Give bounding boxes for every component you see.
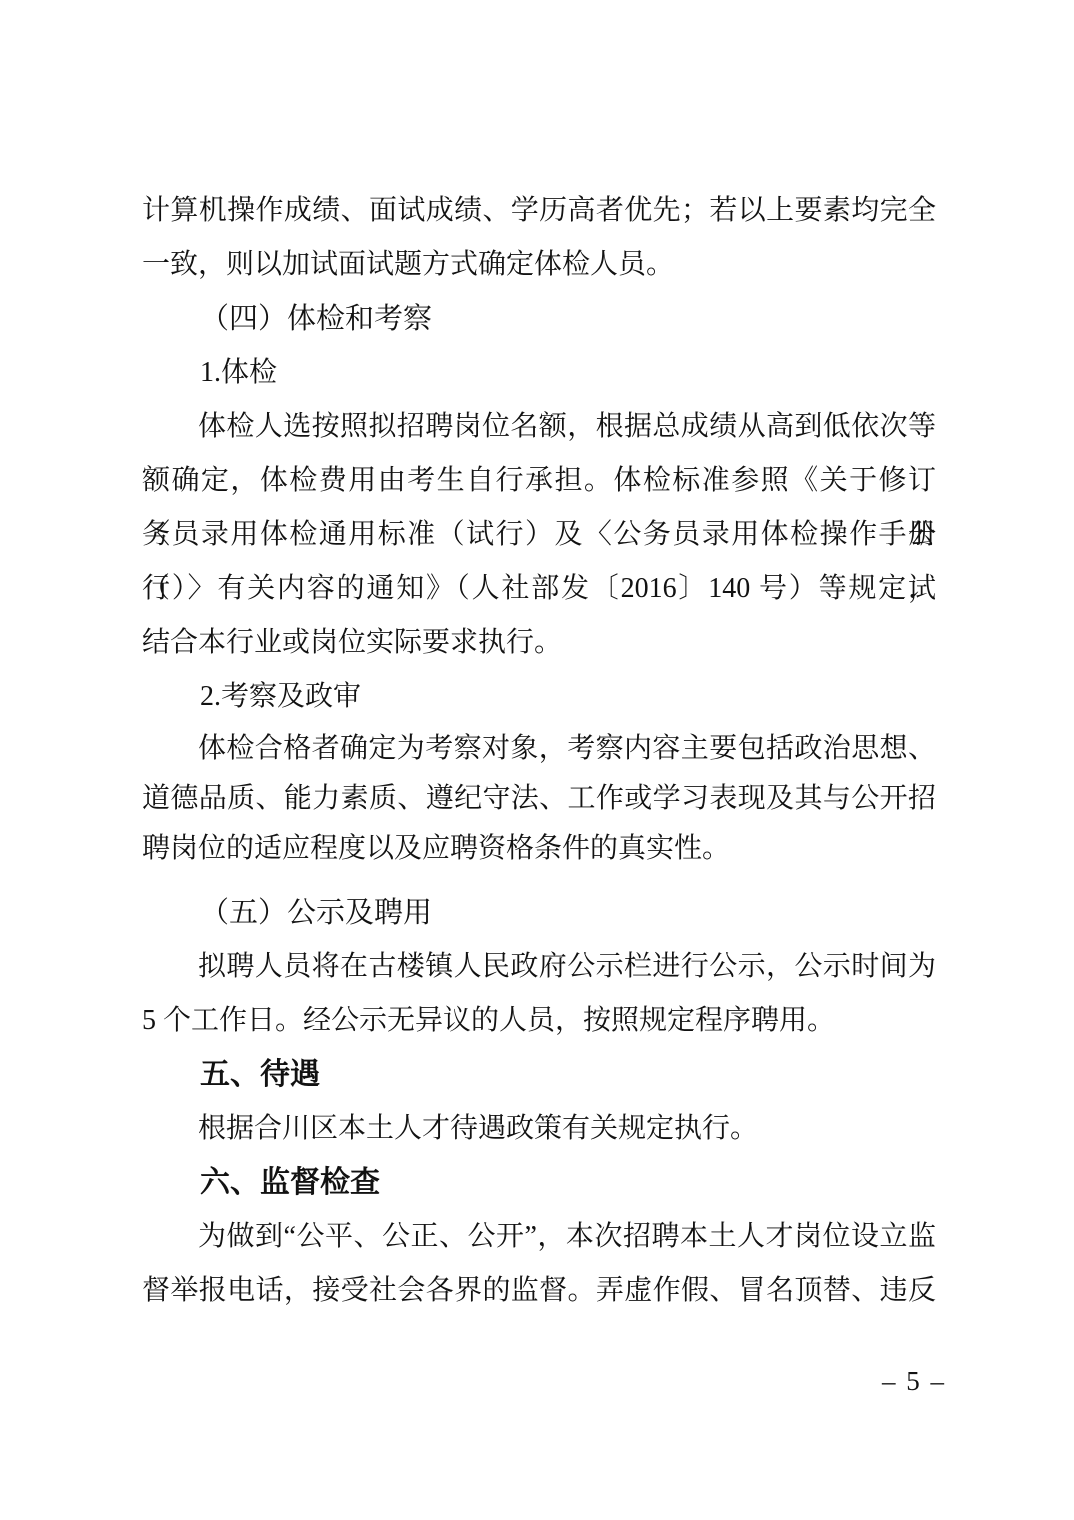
text-line: 根据合川区本土人才待遇政策有关规定执行。 [142, 1102, 936, 1156]
paragraph-treatment-details: 根据合川区本土人才待遇政策有关规定执行。 [142, 1102, 936, 1156]
text-line: 六、监督检查 [142, 1156, 936, 1210]
heading-section-4-physical-exam-and-inspection: （四）体检和考察 [142, 292, 936, 346]
text-line: 5 个工作日。经公示无异议的人员，按照规定程序聘用。 [142, 994, 936, 1048]
text-line: （五）公示及聘用 [142, 886, 936, 940]
text-line: 结合本行业或岗位实际要求执行。 [142, 616, 936, 670]
text-line: 务员录用体检通用标准（试行）及〈公务员录用体检操作手册（试 [142, 508, 936, 562]
heading-section-5-publicity-and-employment: （五）公示及聘用 [142, 886, 936, 940]
paragraph-physical-exam-details: 体检人选按照拟招聘岗位名额，根据总成绩从高到低依次等额确定，体检费用由考生自行承… [142, 400, 936, 670]
text-line: 拟聘人员将在古楼镇人民政府公示栏进行公示，公示时间为 [142, 940, 936, 994]
text-line: 2.考察及政审 [142, 670, 936, 724]
text-line: 计算机操作成绩、面试成绩、学历高者优先；若以上要素均完全 [142, 184, 936, 238]
text-line: 体检合格者确定为考察对象，考察内容主要包括政治思想、 [142, 724, 936, 774]
text-line: 道德品质、能力素质、遵纪守法、工作或学习表现及其与公开招 [142, 774, 936, 824]
heading-section-six-supervision: 六、监督检查 [142, 1156, 936, 1210]
text-line: 聘岗位的适应程度以及应聘资格条件的真实性。 [142, 824, 936, 874]
paragraph-tiebreak-rules: 计算机操作成绩、面试成绩、学历高者优先；若以上要素均完全一致，则以加试面试题方式… [142, 184, 936, 292]
subheading-1-physical-exam: 1.体检 [142, 346, 936, 400]
paragraph-inspection-details: 体检合格者确定为考察对象，考察内容主要包括政治思想、道德品质、能力素质、遵纪守法… [142, 724, 936, 874]
document-page: 计算机操作成绩、面试成绩、学历高者优先；若以上要素均完全一致，则以加试面试题方式… [0, 0, 1074, 1520]
text-line: 五、待遇 [142, 1048, 936, 1102]
text-line: 为做到“公平、公正、公开”，本次招聘本土人才岗位设立监 [142, 1210, 936, 1264]
paragraph-publicity-details: 拟聘人员将在古楼镇人民政府公示栏进行公示，公示时间为5 个工作日。经公示无异议的… [142, 940, 936, 1048]
page-number: – 5 – [882, 1366, 946, 1397]
text-line: 体检人选按照拟招聘岗位名额，根据总成绩从高到低依次等 [142, 400, 936, 454]
document-body: 计算机操作成绩、面试成绩、学历高者优先；若以上要素均完全一致，则以加试面试题方式… [142, 184, 936, 1318]
text-line: 行）〉有关内容的通知》（人社部发〔2016〕140 号）等规定， [142, 562, 936, 616]
subheading-2-inspection-political-review: 2.考察及政审 [142, 670, 936, 724]
paragraph-supervision-details: 为做到“公平、公正、公开”，本次招聘本土人才岗位设立监督举报电话，接受社会各界的… [142, 1210, 936, 1318]
text-line: 督举报电话，接受社会各界的监督。弄虚作假、冒名顶替、违反 [142, 1264, 936, 1318]
text-line: 1.体检 [142, 346, 936, 400]
text-line: （四）体检和考察 [142, 292, 936, 346]
text-line: 额确定，体检费用由考生自行承担。体检标准参照《关于修订〈公 [142, 454, 936, 508]
text-line: 一致，则以加试面试题方式确定体检人员。 [142, 238, 936, 292]
heading-section-five-treatment: 五、待遇 [142, 1048, 936, 1102]
